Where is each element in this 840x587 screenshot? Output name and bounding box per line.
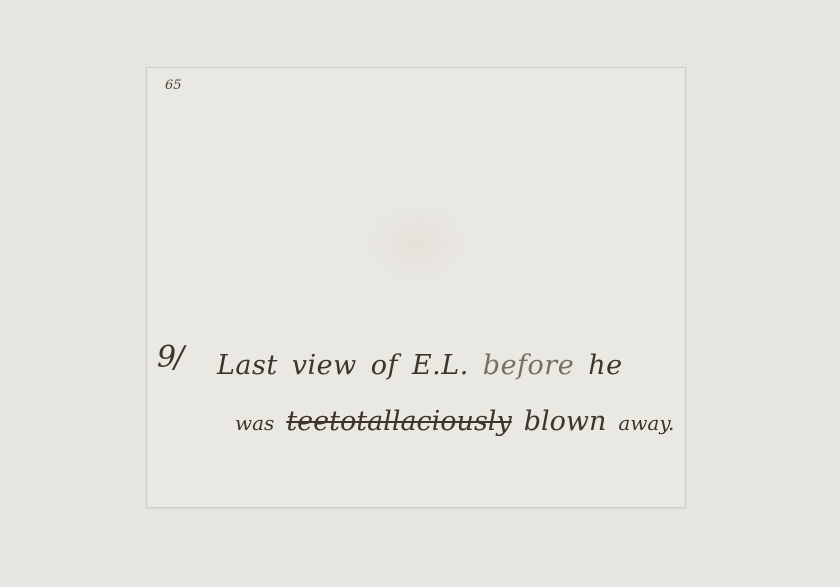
handwriting-line-2: wasteetotallaciouslyblownaway. [235, 406, 686, 437]
word: was [235, 411, 274, 435]
corner-mark: 65 [165, 78, 182, 93]
struck-word-rest: totallaciously [329, 406, 512, 437]
scan-background: 65 9/ LastviewofE.L.beforehe wasteetotal… [0, 0, 840, 587]
handwriting-line-1: LastviewofE.L.beforehe [217, 350, 637, 381]
word: of [371, 350, 398, 381]
word: view [292, 350, 357, 381]
word: he [588, 350, 622, 381]
word: away. [618, 411, 674, 435]
struck-prefix: tee [286, 406, 329, 437]
struck-word: teetotallaciously [286, 406, 511, 437]
word: E.L. [412, 350, 469, 381]
word: blown [524, 406, 607, 437]
word: Last [217, 350, 278, 381]
folio-number: 9/ [157, 340, 182, 375]
word: before [483, 350, 574, 381]
note-card: 65 9/ LastviewofE.L.beforehe wasteetotal… [146, 67, 686, 508]
